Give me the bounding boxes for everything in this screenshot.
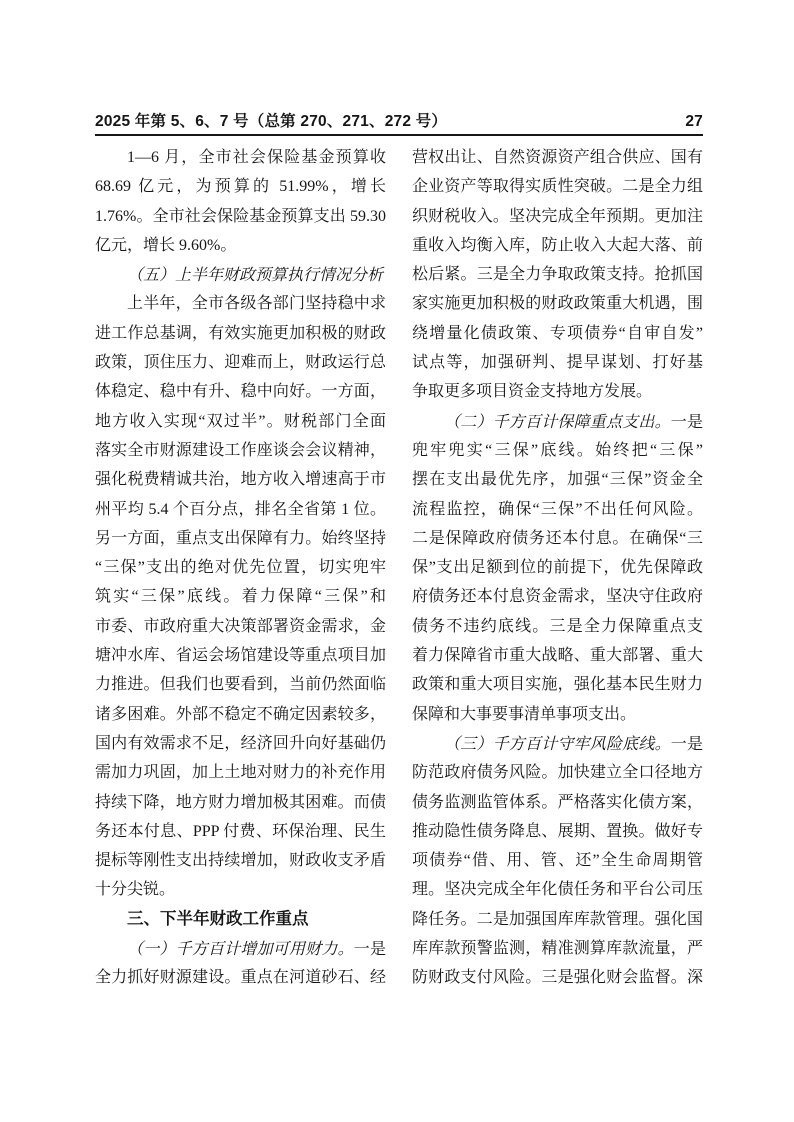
text-line: 上半年，全市各级各部门坚持稳中求 [95,289,386,318]
issue-number: 2025 年第 5、6、7 号（总第 270、271、272 号） [95,112,447,131]
text-run: 州平均 5.4 个百分点，排名全省第 1 位。 [95,501,386,518]
text-line: 府债务还本付息资金需求，坚决守住政府 [412,582,703,611]
text-line: 摆在支出最优先序，加强“三保”资金全 [412,465,703,494]
document-page: 2025 年第 5、6、7 号（总第 270、271、272 号） 27 1—6… [0,0,794,1122]
text-run: 松后紧。三是全力争取政策支持。抢抓国 [412,266,703,283]
text-run: 上半年，全市各级各部门坚持稳中求 [127,295,386,312]
text-run: 债务不违约底线。三是全力保障重点支出。 [412,618,703,641]
text-line: 理。坚决完成全年化债任务和平台公司压 [412,875,703,904]
text-line: 着力保障省市重大战略、重大部署、重大 [412,641,703,670]
text-run: 力推进。但我们也要看到，当前仍然面临 [95,676,386,693]
text-line: 重收入均衡入库，防止收入大起大落、前 [412,231,703,260]
text-line: 防范政府债务风险。加快建立全口径地方 [412,758,703,787]
text-line: 试点等，加强研判、提早谋划、打好基础， [412,348,703,377]
text-run: （五）上半年财政预算执行情况分析 [127,265,383,284]
text-line: 保”支出足额到位的前提下，优先保障政 [412,553,703,582]
text-run: （三）千方百计守牢风险底线。 [444,734,671,753]
text-run: 一是 [354,941,386,958]
text-run: 营权出让、自然资源资产组合供应、国有 [412,149,703,166]
text-line: 政策和重大项目实施，强化基本民生财力 [412,670,703,699]
text-line: （一）千方百计增加可用财力。一是 [95,934,386,963]
text-run: 诸多困难。外部不稳定不确定因素较多， [95,706,386,723]
text-run: 家实施更加积极的财政政策重大机遇，围 [412,295,703,312]
text-run: 1—6 月，全市社会保险基金预算收入 [95,149,386,172]
text-run: 需加力巩固，加上土地对财力的补充作用 [95,764,386,781]
text-run: 库库款预警监测，精准测算库款流量，严 [412,940,703,957]
text-line: 力推进。但我们也要看到，当前仍然面临 [95,670,386,699]
text-run: 企业资产等取得实质性突破。二是全力组 [412,178,703,195]
text-run: 一是 [671,414,703,431]
text-run: 争取更多项目资金支持地方发展。 [412,383,652,400]
text-run: 68.69 亿元，为预算的 51.99%，增长 [95,178,386,195]
text-run: 市委、市政府重大决策部署资金需求，金 [95,618,386,635]
page-header: 2025 年第 5、6、7 号（总第 270、271、272 号） 27 [95,112,703,134]
text-run: 保”支出足额到位的前提下，优先保障政 [412,559,703,576]
text-run: 债务监测监管体系。严格落实化债方案， [412,794,703,811]
text-run: “三保”支出的绝对优先位置，切实兜牢 [95,559,386,576]
text-line: 体稳定、稳中有升、稳中向好。一方面， [95,377,386,406]
text-run: 强化税费精诚共治，地方收入增速高于市 [95,471,386,488]
text-line: 需加力巩固，加上土地对财力的补充作用 [95,758,386,787]
text-line: 项债券“借、用、管、还”全生命周期管 [412,846,703,875]
header-rule [95,134,703,136]
text-line: 68.69 亿元，为预算的 51.99%，增长 [95,172,386,201]
columns: 1—6 月，全市社会保险基金预算收入68.69 亿元，为预算的 51.99%，增… [95,143,703,993]
text-line: 州平均 5.4 个百分点，排名全省第 1 位。 [95,495,386,524]
text-run: 防范政府债务风险。加快建立全口径地方 [412,764,703,781]
text-line: 松后紧。三是全力争取政策支持。抢抓国 [412,260,703,289]
text-line: 筑实“三保”底线。着力保障“三保”和 [95,582,386,611]
text-line: 债务监测监管体系。严格落实化债方案， [412,788,703,817]
text-run: 着力保障省市重大战略、重大部署、重大 [412,647,703,664]
text-line: 织财税收入。坚决完成全年预期。更加注 [412,202,703,231]
text-line: 企业资产等取得实质性突破。二是全力组 [412,172,703,201]
text-line: 营权出让、自然资源资产组合供应、国有 [412,143,703,172]
text-run: 另一方面，重点支出保障有力。始终坚持 [95,530,386,547]
text-line: （五）上半年财政预算执行情况分析 [95,260,386,289]
text-line: 十分尖锐。 [95,875,386,904]
text-run: 兜牢兜实“三保”底线。始终把“三保” [412,442,703,459]
text-line: 兜牢兜实“三保”底线。始终把“三保” [412,436,703,465]
text-run: 一是 [671,736,703,753]
text-line: 强化税费精诚共治，地方收入增速高于市 [95,465,386,494]
text-run: 防财政支付风险。三是强化财会监督。深 [412,969,703,986]
text-line: 流程监控，确保“三保”不出任何风险。 [412,495,703,524]
text-line: 保障和大事要事清单事项支出。 [412,700,703,729]
text-run: 十分尖锐。 [95,881,175,898]
left-column: 1—6 月，全市社会保险基金预算收入68.69 亿元，为预算的 51.99%，增… [95,143,386,993]
text-line: 政策，顶住压力、迎难而上，财政运行总 [95,348,386,377]
text-line: 二是保障政府债务还本付息。在确保“三 [412,524,703,553]
text-line: 持续下降，地方财力增加极其困难。而债 [95,788,386,817]
text-line: 进工作总基调，有效实施更加积极的财政 [95,319,386,348]
text-run: 1.76%。全市社会保险基金预算支出 59.30 [95,208,386,225]
text-run: 持续下降，地方财力增加极其困难。而债 [95,794,386,811]
text-run: 织财税收入。坚决完成全年预期。更加注 [412,208,703,225]
text-run: 全力抓好财源建设。重点在河道砂石、经 [95,969,386,986]
text-line: 市委、市政府重大决策部署资金需求，金 [95,612,386,641]
text-line: 塘冲水库、省运会场馆建设等重点项目加 [95,641,386,670]
text-line: 争取更多项目资金支持地方发展。 [412,377,703,406]
text-run: 地方收入实现“双过半”。财税部门全面 [95,413,386,430]
text-line: 家实施更加积极的财政政策重大机遇，围 [412,289,703,318]
text-run: （一）千方百计增加可用财力。 [127,939,354,958]
text-run: 国内有效需求不足，经济回升向好基础仍 [95,735,386,752]
text-line: 推动隐性债务降息、展期、置换。做好专 [412,817,703,846]
text-line: 降任务。二是加强国库库款管理。强化国 [412,905,703,934]
text-run: 推动隐性债务降息、展期、置换。做好专 [412,823,703,840]
page-content: 2025 年第 5、6、7 号（总第 270、271、272 号） 27 1—6… [95,112,703,993]
page-number: 27 [685,112,703,131]
text-run: 塘冲水库、省运会场馆建设等重点项目加 [95,647,386,664]
text-run: 理。坚决完成全年化债任务和平台公司压 [412,881,703,898]
text-run: 降任务。二是加强国库库款管理。强化国 [412,911,703,928]
text-line: 债务不违约底线。三是全力保障重点支出。 [412,612,703,641]
text-run: 试点等，加强研判、提早谋划、打好基础， [412,354,703,377]
text-run: 保障和大事要事清单事项支出。 [412,706,636,723]
text-line: “三保”支出的绝对优先位置，切实兜牢 [95,553,386,582]
text-line: 地方收入实现“双过半”。财税部门全面 [95,407,386,436]
text-run: 体稳定、稳中有升、稳中向好。一方面， [95,383,386,400]
text-run: 二是保障政府债务还本付息。在确保“三 [412,530,703,547]
text-run: 筑实“三保”底线。着力保障“三保”和 [95,588,386,605]
text-run: 务还本付息、PPP 付费、环保治理、民生 [95,823,386,840]
text-line: 落实全市财源建设工作座谈会会议精神， [95,436,386,465]
text-line: 诸多困难。外部不稳定不确定因素较多， [95,700,386,729]
text-run: 进工作总基调，有效实施更加积极的财政 [95,325,386,342]
text-line: 提标等刚性支出持续增加，财政收支矛盾 [95,846,386,875]
text-line: 务还本付息、PPP 付费、环保治理、民生 [95,817,386,846]
text-run: 亿元，增长 9.60%。 [95,237,236,254]
text-run: 政策和重大项目实施，强化基本民生财力 [412,676,703,693]
text-line: 三、下半年财政工作重点 [95,905,386,934]
text-line: 库库款预警监测，精准测算库款流量，严 [412,934,703,963]
text-run: 绕增量化债政策、专项债券“自审自发” [412,325,703,342]
text-line: 另一方面，重点支出保障有力。始终坚持 [95,524,386,553]
text-run: 重收入均衡入库，防止收入大起大落、前 [412,237,703,254]
text-line: （三）千方百计守牢风险底线。一是 [412,729,703,758]
text-line: 亿元，增长 9.60%。 [95,231,386,260]
text-run: 府债务还本付息资金需求，坚决守住政府 [412,588,703,605]
text-run: 流程监控，确保“三保”不出任何风险。 [412,501,703,518]
text-line: 全力抓好财源建设。重点在河道砂石、经 [95,963,386,992]
text-run: 项债券“借、用、管、还”全生命周期管 [412,852,703,869]
right-column: 营权出让、自然资源资产组合供应、国有企业资产等取得实质性突破。二是全力组织财税收… [412,143,703,993]
text-run: 提标等刚性支出持续增加，财政收支矛盾 [95,852,386,869]
text-run: 落实全市财源建设工作座谈会会议精神， [95,442,386,459]
text-line: 国内有效需求不足，经济回升向好基础仍 [95,729,386,758]
text-run: （二）千方百计保障重点支出。 [444,412,671,431]
text-run: 摆在支出最优先序，加强“三保”资金全 [412,471,703,488]
text-line: 防财政支付风险。三是强化财会监督。深 [412,963,703,992]
text-line: 绕增量化债政策、专项债券“自审自发” [412,319,703,348]
text-run: 政策，顶住压力、迎难而上，财政运行总 [95,354,386,371]
text-line: 1—6 月，全市社会保险基金预算收入 [95,143,386,172]
text-line: （二）千方百计保障重点支出。一是 [412,407,703,436]
text-line: 1.76%。全市社会保险基金预算支出 59.30 [95,202,386,231]
text-run: 三、下半年财政工作重点 [127,910,309,928]
